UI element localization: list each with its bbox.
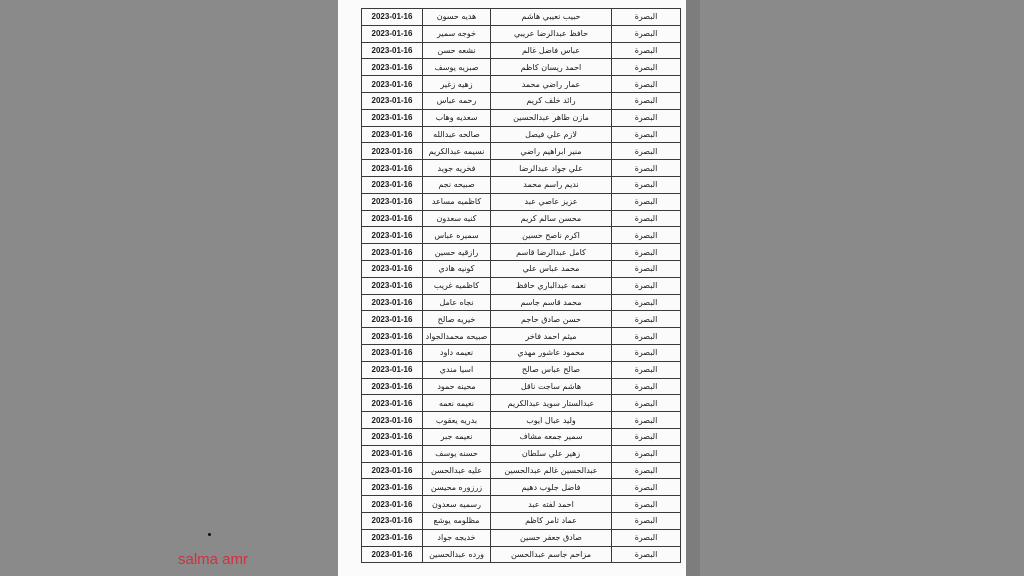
full-name-cell: حافظ عبدالرضا عريبي [491,25,612,42]
mother-name-cell: رحمه عباس [423,92,491,109]
full-name-cell: علي جواد عبدالرضا [491,160,612,177]
table-row: 2023-01-16صبيحه نجمنديم راسم محمدالبصرة [362,176,681,193]
table-row: 2023-01-16نعيمه داودمحمود عاشور مهديالبص… [362,344,681,361]
table-row: 2023-01-16كاظميه مساعدعزيز عاصي عبدالبصر… [362,193,681,210]
date-cell: 2023-01-16 [362,428,423,445]
governorate-cell: البصرة [612,92,681,109]
mother-name-cell: كنيه سعدون [423,210,491,227]
mother-name-cell: حسنه يوسف [423,445,491,462]
mother-name-cell: زرزوره محيسن [423,479,491,496]
full-name-cell: منير ابراهيم راضي [491,143,612,160]
governorate-cell: البصرة [612,294,681,311]
table-row: 2023-01-16صالحه عبداللهلازم علي فيصلالبص… [362,126,681,143]
table-row: 2023-01-16سعديه وهابمازن طاهر عبدالحسينا… [362,109,681,126]
date-cell: 2023-01-16 [362,126,423,143]
table-row: 2023-01-16هديه حسونحبيب نعيبي هاشمالبصرة [362,9,681,26]
governorate-cell: البصرة [612,378,681,395]
full-name-cell: رائد خلف كريم [491,92,612,109]
date-cell: 2023-01-16 [362,328,423,345]
date-cell: 2023-01-16 [362,395,423,412]
governorate-cell: البصرة [612,546,681,563]
date-cell: 2023-01-16 [362,277,423,294]
mother-name-cell: فخريه جويد [423,160,491,177]
full-name-cell: محمد عباس علي [491,260,612,277]
mother-name-cell: اسيا مندي [423,361,491,378]
table-row: 2023-01-16كاظميه غريبنعمه عبدالباري حافظ… [362,277,681,294]
date-cell: 2023-01-16 [362,227,423,244]
table-row: 2023-01-16بدريه يعقوبوليد عبال ايوبالبصر… [362,412,681,429]
date-cell: 2023-01-16 [362,9,423,26]
governorate-cell: البصرة [612,9,681,26]
table-row: 2023-01-16مظلومه يوشععماد ثامر كاظمالبصر… [362,512,681,529]
full-name-cell: حسن صادق حاجم [491,311,612,328]
governorate-cell: البصرة [612,328,681,345]
mother-name-cell: خوجه سمير [423,25,491,42]
table-row: 2023-01-16نسيمه عبدالكريممنير ابراهيم را… [362,143,681,160]
mother-name-cell: صالحه عبدالله [423,126,491,143]
mother-name-cell: نعيمه نعمه [423,395,491,412]
governorate-cell: البصرة [612,59,681,76]
governorate-cell: البصرة [612,412,681,429]
table-row: 2023-01-16نعيمه جبرسمير جمعه مشافالبصرة [362,428,681,445]
full-name-cell: عمار راضي محمد [491,76,612,93]
table-row: 2023-01-16صبريه يوسفاحمد ريسان كاظمالبصر… [362,59,681,76]
date-cell: 2023-01-16 [362,42,423,59]
mother-name-cell: صبريه يوسف [423,59,491,76]
mother-name-cell: محينه حمود [423,378,491,395]
date-cell: 2023-01-16 [362,512,423,529]
mother-name-cell: رازقيه حسين [423,244,491,261]
date-cell: 2023-01-16 [362,143,423,160]
governorate-cell: البصرة [612,512,681,529]
governorate-cell: البصرة [612,143,681,160]
date-cell: 2023-01-16 [362,160,423,177]
date-cell: 2023-01-16 [362,412,423,429]
governorate-cell: البصرة [612,260,681,277]
table-row: 2023-01-16فخريه جويدعلي جواد عبدالرضاالب… [362,160,681,177]
date-cell: 2023-01-16 [362,176,423,193]
date-cell: 2023-01-16 [362,25,423,42]
mother-name-cell: صبيحه محمدالجواد [423,328,491,345]
names-table: 2023-01-16هديه حسونحبيب نعيبي هاشمالبصرة… [361,8,681,563]
full-name-cell: سمير جمعه مشاف [491,428,612,445]
full-name-cell: محمود عاشور مهدي [491,344,612,361]
full-name-cell: عبدالحسين غالم عبدالحسين [491,462,612,479]
mother-name-cell: هديه حسون [423,9,491,26]
governorate-cell: البصرة [612,462,681,479]
date-cell: 2023-01-16 [362,378,423,395]
date-cell: 2023-01-16 [362,193,423,210]
date-cell: 2023-01-16 [362,546,423,563]
governorate-cell: البصرة [612,193,681,210]
table-row: 2023-01-16كنيه سعدونمحسن سالم كريمالبصرة [362,210,681,227]
governorate-cell: البصرة [612,42,681,59]
governorate-cell: البصرة [612,479,681,496]
date-cell: 2023-01-16 [362,479,423,496]
table-row: 2023-01-16رازقيه حسينكامل عبدالرضا قاسما… [362,244,681,261]
table-row: 2023-01-16رحمه عباسرائد خلف كريمالبصرة [362,92,681,109]
governorate-cell: البصرة [612,76,681,93]
mother-name-cell: كاظميه مساعد [423,193,491,210]
table-row: 2023-01-16رسميه سعدوناحمد لفته عبدالبصرة [362,496,681,513]
mother-name-cell: نجاه عامل [423,294,491,311]
governorate-cell: البصرة [612,126,681,143]
governorate-cell: البصرة [612,227,681,244]
mother-name-cell: خيريه صالح [423,311,491,328]
mother-name-cell: سميره عباس [423,227,491,244]
governorate-cell: البصرة [612,395,681,412]
full-name-cell: مزاحم جاسم عبدالحسن [491,546,612,563]
table-row: 2023-01-16حسنه يوسفزهير علي سلطانالبصرة [362,445,681,462]
governorate-cell: البصرة [612,210,681,227]
governorate-cell: البصرة [612,428,681,445]
date-cell: 2023-01-16 [362,109,423,126]
governorate-cell: البصرة [612,344,681,361]
watermark-text: salma amr [178,551,248,568]
governorate-cell: البصرة [612,160,681,177]
governorate-cell: البصرة [612,244,681,261]
date-cell: 2023-01-16 [362,76,423,93]
full-name-cell: كامل عبدالرضا قاسم [491,244,612,261]
date-cell: 2023-01-16 [362,445,423,462]
full-name-cell: صادق جعفر حسين [491,529,612,546]
table-row: 2023-01-16كونيه هاديمحمد عباس عليالبصرة [362,260,681,277]
governorate-cell: البصرة [612,445,681,462]
full-name-cell: عماد ثامر كاظم [491,512,612,529]
mother-name-cell: نشعه حسن [423,42,491,59]
table-row: 2023-01-16عليه عبدالحسنعبدالحسين غالم عب… [362,462,681,479]
date-cell: 2023-01-16 [362,496,423,513]
full-name-cell: عبدالستار سويد عبدالكريم [491,395,612,412]
table-row: 2023-01-16خديجه جوادصادق جعفر حسينالبصرة [362,529,681,546]
mother-name-cell: نعيمه داود [423,344,491,361]
full-name-cell: عباس فاضل غالم [491,42,612,59]
full-name-cell: صالح عباس صالح [491,361,612,378]
governorate-cell: البصرة [612,496,681,513]
date-cell: 2023-01-16 [362,311,423,328]
full-name-cell: حبيب نعيبي هاشم [491,9,612,26]
full-name-cell: احمد ريسان كاظم [491,59,612,76]
date-cell: 2023-01-16 [362,244,423,261]
table-row: 2023-01-16ورده عبدالحسينمزاحم جاسم عبدال… [362,546,681,563]
full-name-cell: نعمه عبدالباري حافظ [491,277,612,294]
full-name-cell: مازن طاهر عبدالحسين [491,109,612,126]
full-name-cell: محسن سالم كريم [491,210,612,227]
table-row: 2023-01-16زرزوره محيسنفاضل جلوب دهيمالبص… [362,479,681,496]
full-name-cell: فاضل جلوب دهيم [491,479,612,496]
governorate-cell: البصرة [612,529,681,546]
full-name-cell: وليد عبال ايوب [491,412,612,429]
governorate-cell: البصرة [612,361,681,378]
date-cell: 2023-01-16 [362,92,423,109]
full-name-cell: ميثم احمد فاخر [491,328,612,345]
full-name-cell: اكرم ناصح حسين [491,227,612,244]
governorate-cell: البصرة [612,176,681,193]
page-edge-shadow [686,0,700,576]
full-name-cell: نديم راسم محمد [491,176,612,193]
date-cell: 2023-01-16 [362,344,423,361]
mother-name-cell: زهيه زغير [423,76,491,93]
governorate-cell: البصرة [612,109,681,126]
mother-name-cell: نعيمه جبر [423,428,491,445]
table-row: 2023-01-16خيريه صالححسن صادق حاجمالبصرة [362,311,681,328]
table-row: 2023-01-16نجاه عاملمحمد قاسم جاسمالبصرة [362,294,681,311]
mother-name-cell: خديجه جواد [423,529,491,546]
full-name-cell: هاشم ساجت ناقل [491,378,612,395]
mother-name-cell: بدريه يعقوب [423,412,491,429]
governorate-cell: البصرة [612,277,681,294]
full-name-cell: محمد قاسم جاسم [491,294,612,311]
date-cell: 2023-01-16 [362,260,423,277]
table-row: 2023-01-16نشعه حسنعباس فاضل غالمالبصرة [362,42,681,59]
stray-dot [208,533,211,536]
mother-name-cell: مظلومه يوشع [423,512,491,529]
mother-name-cell: ورده عبدالحسين [423,546,491,563]
mother-name-cell: سعديه وهاب [423,109,491,126]
table-row: 2023-01-16محينه حمودهاشم ساجت ناقلالبصرة [362,378,681,395]
mother-name-cell: رسميه سعدون [423,496,491,513]
full-name-cell: لازم علي فيصل [491,126,612,143]
table-row: 2023-01-16خوجه سميرحافظ عبدالرضا عريبيال… [362,25,681,42]
date-cell: 2023-01-16 [362,529,423,546]
date-cell: 2023-01-16 [362,59,423,76]
governorate-cell: البصرة [612,311,681,328]
full-name-cell: زهير علي سلطان [491,445,612,462]
full-name-cell: عزيز عاصي عبد [491,193,612,210]
date-cell: 2023-01-16 [362,210,423,227]
full-name-cell: احمد لفته عبد [491,496,612,513]
date-cell: 2023-01-16 [362,361,423,378]
governorate-cell: البصرة [612,25,681,42]
table-row: 2023-01-16صبيحه محمدالجوادميثم احمد فاخر… [362,328,681,345]
document-page: 2023-01-16هديه حسونحبيب نعيبي هاشمالبصرة… [338,0,686,576]
table-row: 2023-01-16زهيه زغيرعمار راضي محمدالبصرة [362,76,681,93]
mother-name-cell: نسيمه عبدالكريم [423,143,491,160]
date-cell: 2023-01-16 [362,294,423,311]
date-cell: 2023-01-16 [362,462,423,479]
table-row: 2023-01-16اسيا منديصالح عباس صالحالبصرة [362,361,681,378]
mother-name-cell: كاظميه غريب [423,277,491,294]
mother-name-cell: كونيه هادي [423,260,491,277]
mother-name-cell: صبيحه نجم [423,176,491,193]
mother-name-cell: عليه عبدالحسن [423,462,491,479]
table-row: 2023-01-16نعيمه نعمهعبدالستار سويد عبدال… [362,395,681,412]
table-row: 2023-01-16سميره عباساكرم ناصح حسينالبصرة [362,227,681,244]
